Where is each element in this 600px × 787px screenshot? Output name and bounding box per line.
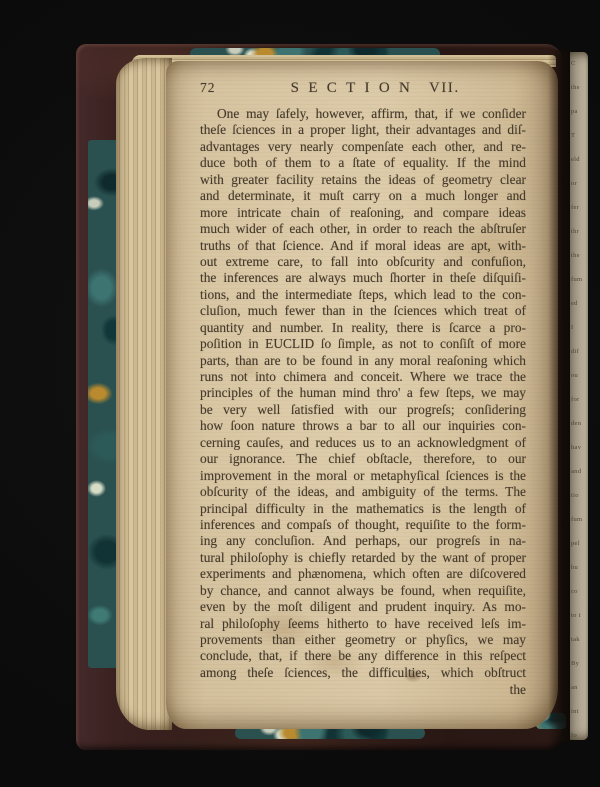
edge-text-fragment: den (570, 412, 588, 436)
body-line: conclude, that, if there be any differen… (200, 648, 526, 664)
body-line: much wider of each other, in order to re… (200, 221, 526, 237)
body-line: tural philoſophy is chiefly retarded by … (200, 550, 526, 566)
body-line: tions, and the intermediate ſteps, which… (200, 287, 526, 303)
edge-text-fragment: ou (570, 364, 588, 388)
edge-text-fragment: I (570, 316, 588, 340)
page-edges-left (116, 58, 172, 730)
body-line: even by the moſt diligent and prudent in… (200, 599, 526, 615)
body-line: by chance, and cannot always be found, w… (200, 583, 526, 599)
section-heading-wrap: SECTIONVII. (216, 79, 527, 97)
body-line: be very well ſatisfied with our progreſs… (200, 402, 526, 418)
body-line: obſcurity of the ideas, and ambiguity of… (200, 484, 526, 500)
edge-text-fragment: int (570, 700, 588, 724)
edge-text-fragment: tak (570, 628, 588, 652)
edge-text-fragment: bu (570, 556, 588, 580)
body-line: principles of the human mind thro' a few… (200, 385, 526, 401)
body-line: ing any concluſion. And perhaps, our pro… (200, 533, 526, 549)
body-line: provements than either geometry or phyſi… (200, 632, 526, 648)
body-line: runs not into chimera and conceit. Where… (200, 369, 526, 385)
gutter-shadow (548, 50, 572, 742)
body-text: One may ſafely, however, affirm, that, i… (200, 106, 526, 681)
body-line: theſe ſciences in a proper light, their … (200, 122, 526, 138)
edge-text-fragment: ed (570, 292, 588, 316)
edge-text-fragment: fum (570, 508, 588, 532)
body-line: advantages very nearly compenſate each o… (200, 139, 526, 155)
edge-text-fragment: fo (570, 724, 588, 740)
edge-text-fragment: pa (570, 100, 588, 124)
running-header: 72 SECTIONVII. (200, 79, 526, 97)
edge-text-fragment: co (570, 580, 588, 604)
edge-text-fragment: T (570, 124, 588, 148)
body-line: quantity and number. In reality, there i… (200, 320, 526, 336)
edge-text-fragment: hav (570, 436, 588, 460)
edge-text-fragment: an (570, 676, 588, 700)
edge-text-fragment: or (570, 172, 588, 196)
book-photo: 72 SECTIONVII. One may ſafely, however, … (0, 0, 600, 787)
body-line: out extreme care, to fall into obſcurity… (200, 254, 526, 270)
edge-text-fragment: By (570, 652, 588, 676)
body-line: improvement in the moral or metaphyſical… (200, 468, 526, 484)
body-line: the inferences are always much ſhorter i… (200, 270, 526, 286)
body-line: poſition in EUCLID ſo ſimple, as not to … (200, 336, 526, 352)
body-line: experiments and phænomena, which often a… (200, 566, 526, 582)
section-heading: SECTION (291, 80, 419, 96)
body-line: duce both of them to a ſtate of equality… (200, 155, 526, 171)
body-line: and determinate, it muſt carry on a much… (200, 188, 526, 204)
body-line: more intricate chain of reaſoning, and c… (200, 205, 526, 221)
edge-text-fragment: pel (570, 532, 588, 556)
edge-text-fragment: eld (570, 148, 588, 172)
page-number: 72 (200, 80, 216, 96)
body-line: cluſion, much fewer than in the ſciences… (200, 303, 526, 319)
edge-text-fragment: fum (570, 268, 588, 292)
edge-text-fragment: C (570, 52, 588, 76)
edge-text-fragment: and (570, 460, 588, 484)
section-numeral: VII. (429, 80, 460, 96)
body-line: ral philoſophy ſeems hitherto to have re… (200, 616, 526, 632)
body-line: with greater facility retains the ideas … (200, 172, 526, 188)
edge-text-fragment: dif (570, 340, 588, 364)
edge-text-fragment: fer (570, 196, 588, 220)
body-line: our ignorance. The chief obſtacle, there… (200, 451, 526, 467)
body-line: truths of that ſcience. And if moral ide… (200, 238, 526, 254)
body-line: principal difficulty in the mathematics … (200, 501, 526, 517)
edge-text-fragment: the (570, 76, 588, 100)
edge-text-fragment: tio (570, 484, 588, 508)
body-line: parts, than are to be found in any moral… (200, 353, 526, 369)
body-line: One may ſafely, however, affirm, that, i… (200, 106, 526, 122)
body-line: cerning cauſes, and reduces us to an ack… (200, 435, 526, 451)
body-line: inferences and compaſs of thought, requi… (200, 517, 526, 533)
catchword: the (200, 682, 526, 698)
book-page: 72 SECTIONVII. One may ſafely, however, … (166, 61, 558, 729)
edge-text-fragment: thr (570, 220, 588, 244)
body-line: how ſoon nature throws a bar to all our … (200, 418, 526, 434)
body-line: among theſe ſciences, the difficulties, … (200, 665, 526, 681)
next-page-edge: CthepaTeldorferthrthefumedIdifoufordenha… (570, 52, 588, 740)
edge-text-fragment: to t (570, 604, 588, 628)
edge-text-fragment: the (570, 244, 588, 268)
printed-content: 72 SECTIONVII. One may ſafely, however, … (200, 79, 526, 698)
edge-text-fragment: for (570, 388, 588, 412)
